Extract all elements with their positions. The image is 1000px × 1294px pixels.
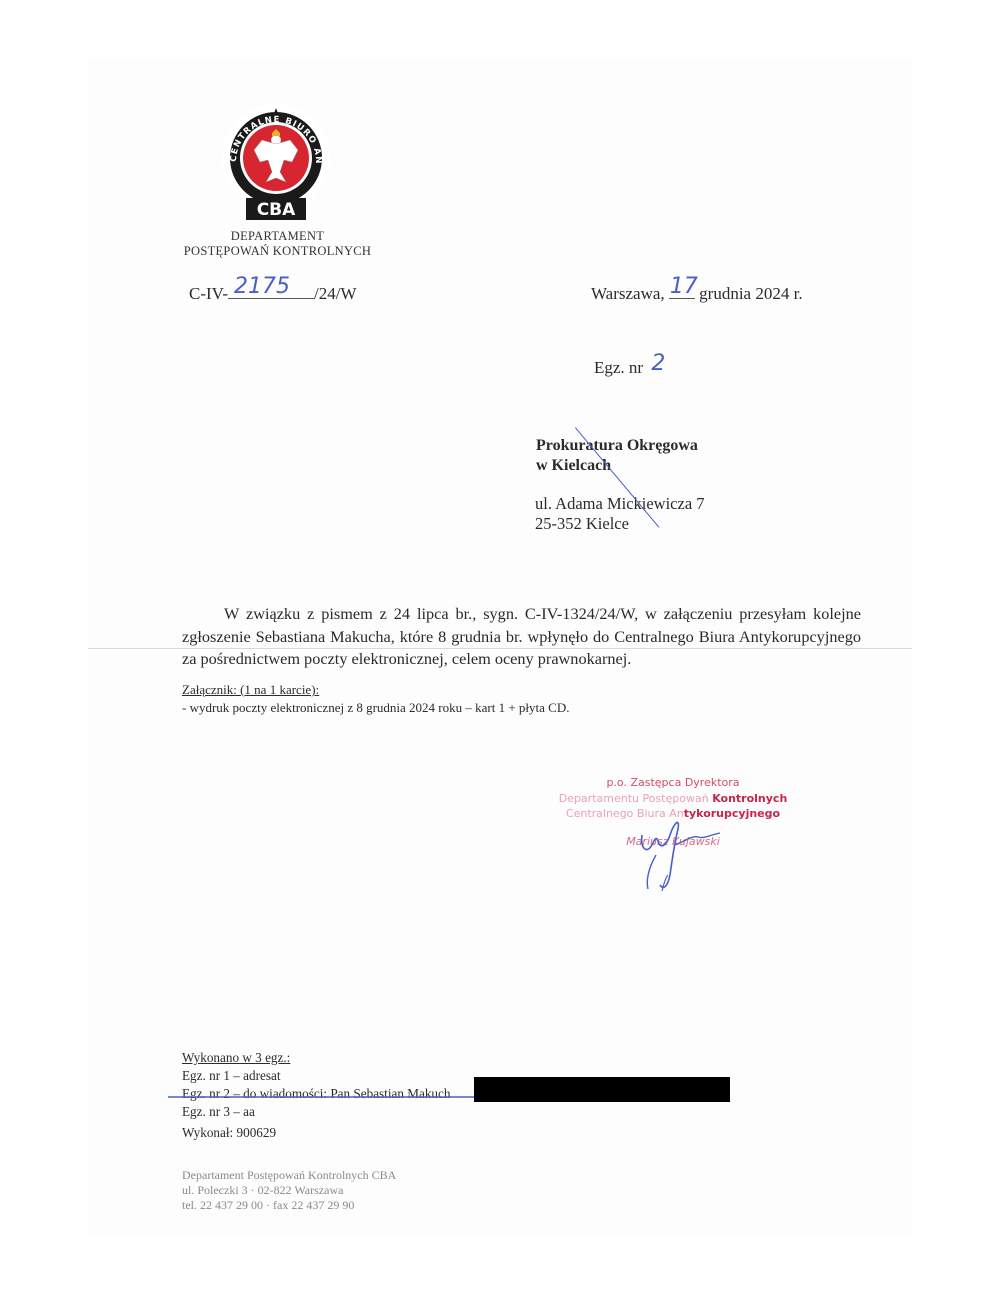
handwritten-day: 17 <box>670 274 698 299</box>
distribution-copy-3: Egz. nr 3 – aa <box>182 1103 450 1121</box>
attachment-item: - wydruk poczty elektronicznej z 8 grudn… <box>182 699 569 717</box>
department-line-1: DEPARTAMENT <box>170 229 385 244</box>
stamp-line-2: Departamentu Postępowań Kontrolnych <box>548 791 798 807</box>
svg-text:CBA: CBA <box>257 200 296 220</box>
handwritten-reference-number: 2175 <box>234 274 290 299</box>
addressee-postal: 25-352 Kielce <box>535 514 705 534</box>
department-line-2: POSTĘPOWAŃ KONTROLNYCH <box>170 244 385 259</box>
handwritten-signature-icon <box>600 805 740 895</box>
letter-date: Warszawa, 17 grudnia 2024 r. <box>591 284 803 304</box>
reference-suffix: /24/W <box>314 284 357 303</box>
footer-line-3: tel. 22 437 29 00 · fax 22 437 29 90 <box>182 1198 396 1213</box>
copy-number: Egz. nr 2 <box>594 358 673 378</box>
stamp-line-2-a: Departamentu Postępowań <box>559 792 712 805</box>
stamp-line-1: p.o. Zastępca Dyrektora <box>548 775 798 791</box>
reference-number: C-IV-2175/24/W <box>189 284 357 304</box>
addressee-line-1: Prokuratura Okręgowa <box>536 436 698 456</box>
addressee-name: Prokuratura Okręgowa w Kielcach <box>536 436 698 476</box>
letter-body: W związku z pismem z 24 lipca br., sygn.… <box>182 603 861 671</box>
footer-line-2: ul. Poleczki 3 · 02-822 Warszawa <box>182 1183 396 1198</box>
date-blank: 17 <box>669 284 695 299</box>
date-city: Warszawa, <box>591 284 665 303</box>
executed-by: Wykonał: 900629 <box>182 1124 450 1142</box>
department-name: DEPARTAMENT POSTĘPOWAŃ KONTROLNYCH <box>170 229 385 259</box>
body-paragraph: W związku z pismem z 24 lipca br., sygn.… <box>182 603 861 671</box>
reference-blank: 2175 <box>228 284 314 299</box>
addressee-line-2: w Kielcach <box>536 456 698 476</box>
date-rest: grudnia 2024 r. <box>699 284 802 303</box>
distribution-title: Wykonano w 3 egz.: <box>182 1049 450 1067</box>
attachment-title: Załącznik: (1 na 1 karcie): <box>182 681 569 699</box>
addressee-address: ul. Adama Mickiewicza 7 25-352 Kielce <box>535 494 705 534</box>
stamp-line-2-b: Kontrolnych <box>712 792 787 805</box>
footer-line-1: Departament Postępowań Kontrolnych CBA <box>182 1168 396 1183</box>
handwritten-copy-number: 2 <box>651 351 665 376</box>
ink-underline-mark <box>168 1096 474 1098</box>
letter-footer: Departament Postępowań Kontrolnych CBA u… <box>182 1168 396 1213</box>
distribution-copy-2: Egz. nr 2 – do wiadomości: Pan Sebastian… <box>182 1085 450 1103</box>
reference-prefix: C-IV- <box>189 284 228 303</box>
attachment-section: Załącznik: (1 na 1 karcie): - wydruk poc… <box>182 681 569 717</box>
copy-number-label: Egz. nr <box>594 358 643 377</box>
addressee-street: ul. Adama Mickiewicza 7 <box>535 494 705 514</box>
distribution-copy-1: Egz. nr 1 – adresat <box>182 1067 450 1085</box>
redaction-box <box>474 1077 730 1102</box>
copy-number-blank: 2 <box>647 359 673 373</box>
cba-logo-icon: CENTRALNE BIURO ANTYKORUPCYJNE CBA <box>218 100 334 224</box>
